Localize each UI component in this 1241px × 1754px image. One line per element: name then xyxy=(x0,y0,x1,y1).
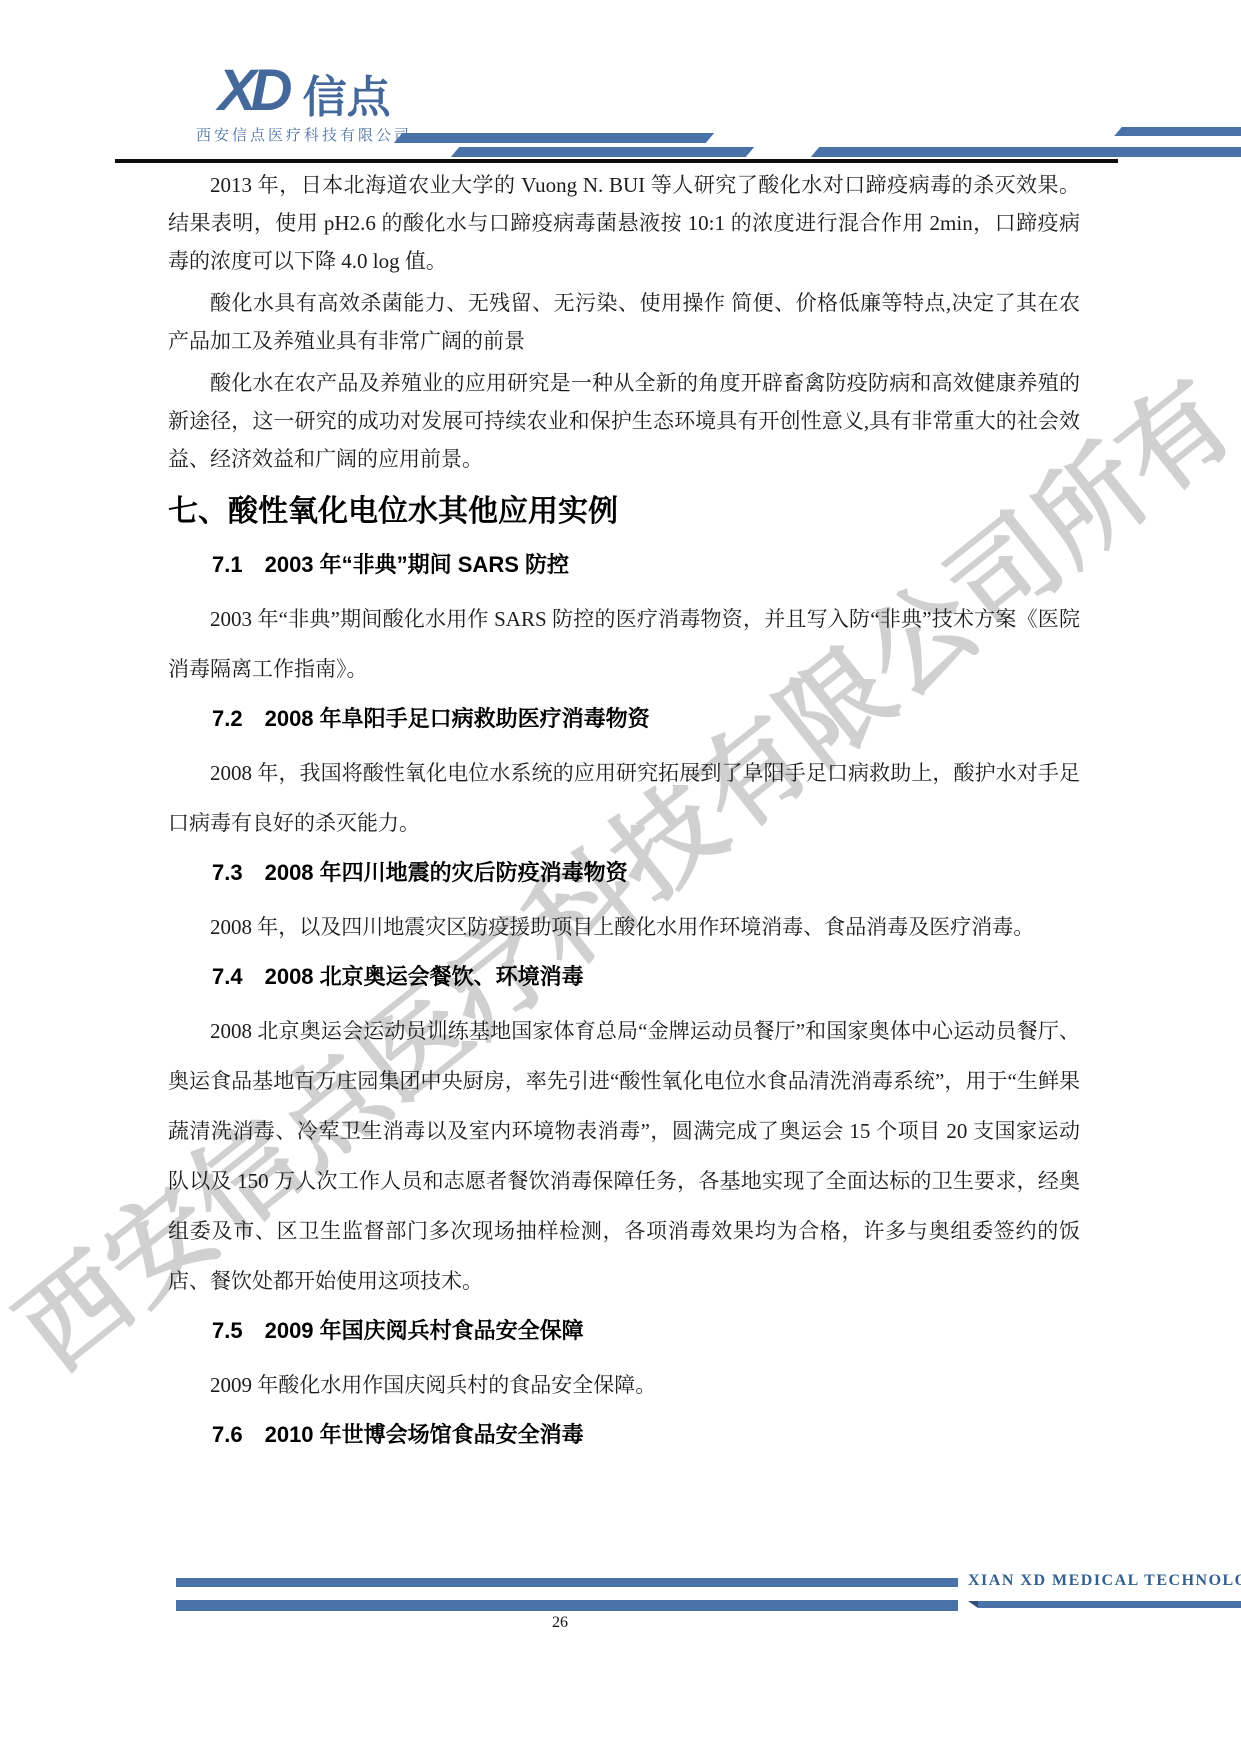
subsection-body: 2009 年酸化水用作国庆阅兵村的食品安全保障。 xyxy=(168,1360,1080,1410)
footer-underline-bar xyxy=(978,1601,1241,1608)
paragraph: 酸化水在农产品及养殖业的应用研究是一种从全新的角度开辟畜禽防疫防病和高效健康养殖… xyxy=(168,364,1080,478)
header-accent-bar xyxy=(394,133,714,143)
subsection-number: 7.4 xyxy=(212,964,243,989)
page-number: 26 xyxy=(0,1614,1120,1632)
header-rule-line xyxy=(115,159,1118,163)
subsection-title: 2010 年世博会场馆食品安全消毒 xyxy=(265,1422,584,1447)
header-accent-bar xyxy=(811,147,1241,157)
header-accent-bar xyxy=(451,147,754,157)
subsection-title: 2008 年四川地震的灾后防疫消毒物资 xyxy=(265,860,628,885)
subsection-body: 2008 北京奥运会运动员训练基地国家体育总局“金牌运动员餐厅”和国家奥体中心运… xyxy=(168,1006,1080,1306)
subsection-7-4: 7.42008 北京奥运会餐饮、环境消毒 2008 北京奥运会运动员训练基地国家… xyxy=(168,962,1080,1306)
subsection-title: 2008 年阜阳手足口病救助医疗消毒物资 xyxy=(265,706,650,731)
subsection-heading: 7.42008 北京奥运会餐饮、环境消毒 xyxy=(168,962,1080,992)
subsection-body: 2008 年，我国将酸性氧化电位水系统的应用研究拓展到了阜阳手足口病救助上，酸护… xyxy=(168,748,1080,848)
document-page: 西安信点医疗科技有限公司所有 XD 信点 西安信点医疗科技有限公司 2013 年… xyxy=(0,0,1241,1754)
xd-logo-icon: XD xyxy=(218,62,287,120)
section-title: 七、酸性氧化电位水其他应用实例 xyxy=(168,494,1080,530)
subsection-heading: 7.52009 年国庆阅兵村食品安全保障 xyxy=(168,1316,1080,1346)
subsection-number: 7.6 xyxy=(212,1422,243,1447)
subsection-number: 7.2 xyxy=(212,706,243,731)
subsection-title: 2009 年国庆阅兵村食品安全保障 xyxy=(265,1318,584,1343)
paragraph: 酸化水具有高效杀菌能力、无残留、无污染、使用操作 简便、价格低廉等特点,决定了其… xyxy=(168,284,1080,360)
subsection-title: 2008 北京奥运会餐饮、环境消毒 xyxy=(265,964,584,989)
subsection-title: 2003 年“非典”期间 SARS 防控 xyxy=(265,552,569,577)
subsection-heading: 7.62010 年世博会场馆食品安全消毒 xyxy=(168,1420,1080,1450)
subsection-heading: 7.32008 年四川地震的灾后防疫消毒物资 xyxy=(168,858,1080,888)
company-logo: XD 信点 xyxy=(218,62,391,120)
company-name-cn: 西安信点医疗科技有限公司 xyxy=(196,124,412,145)
subsection-7-2: 7.22008 年阜阳手足口病救助医疗消毒物资 2008 年，我国将酸性氧化电位… xyxy=(168,704,1080,848)
subsection-7-1: 7.12003 年“非典”期间 SARS 防控 2003 年“非典”期间酸化水用… xyxy=(168,550,1080,694)
subsection-heading: 7.22008 年阜阳手足口病救助医疗消毒物资 xyxy=(168,704,1080,734)
company-name-en: XIAN XD MEDICAL TECHNOLOGY CO. LTD xyxy=(968,1572,1241,1590)
paragraph: 2013 年，日本北海道农业大学的 Vuong N. BUI 等人研究了酸化水对… xyxy=(168,166,1080,280)
subsection-number: 7.5 xyxy=(212,1318,243,1343)
subsection-body: 2003 年“非典”期间酸化水用作 SARS 防控的医疗消毒物资，并且写入防“非… xyxy=(168,594,1080,694)
subsection-number: 7.1 xyxy=(212,552,243,577)
subsection-7-3: 7.32008 年四川地震的灾后防疫消毒物资 2008 年，以及四川地震灾区防疫… xyxy=(168,858,1080,952)
subsection-7-6: 7.62010 年世博会场馆食品安全消毒 xyxy=(168,1420,1080,1450)
header-accent-bar xyxy=(1114,127,1241,136)
document-body: 2013 年，日本北海道农业大学的 Vuong N. BUI 等人研究了酸化水对… xyxy=(168,166,1080,1464)
subsection-number: 7.3 xyxy=(212,860,243,885)
subsection-heading: 7.12003 年“非典”期间 SARS 防控 xyxy=(168,550,1080,580)
footer-accent-bar xyxy=(176,1578,958,1587)
footer-accent-bar xyxy=(176,1600,958,1611)
subsection-body: 2008 年，以及四川地震灾区防疫援助项目上酸化水用作环境消毒、食品消毒及医疗消… xyxy=(168,902,1080,952)
subsection-7-5: 7.52009 年国庆阅兵村食品安全保障 2009 年酸化水用作国庆阅兵村的食品… xyxy=(168,1316,1080,1410)
logo-wordmark: 信点 xyxy=(303,76,391,120)
